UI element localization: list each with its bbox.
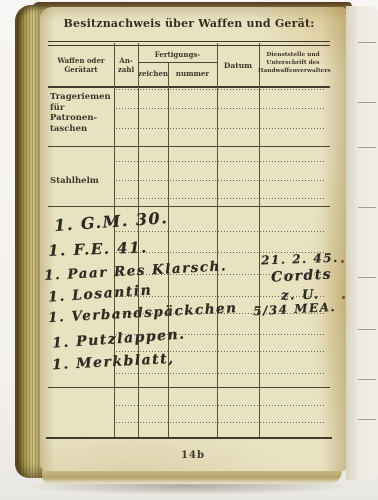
dotted-row <box>116 128 326 129</box>
dotted-row <box>116 108 326 109</box>
col-header-datum: Datum <box>217 61 259 70</box>
header-bottom-rule <box>48 86 330 88</box>
facing-page-line <box>358 379 376 380</box>
dotted-row <box>116 89 326 90</box>
dotted-row <box>116 373 326 374</box>
facing-page-line <box>358 277 376 278</box>
hw-entry-5: 1. Verbandspäckchen <box>48 300 238 326</box>
section-rule-1 <box>48 146 330 147</box>
hw-entry-4: 1. Losantin <box>48 282 153 305</box>
paper-speck <box>341 260 344 263</box>
column-rule <box>168 62 169 437</box>
hw-entry-6: 1. Putzlappen. <box>52 326 186 351</box>
col-header-fertigungs: Fertigungs- <box>138 50 217 59</box>
dotted-row <box>116 198 326 199</box>
book-page-edges-bottom <box>42 469 342 484</box>
facing-page-line <box>358 42 376 43</box>
col-header-waffen: Waffen oder Gerätart <box>48 56 114 74</box>
page-title: Besitznachweis über Waffen und Gerät: <box>48 17 330 30</box>
soldbuch-page: Besitznachweis über Waffen und Gerät: Wa… <box>40 7 346 471</box>
column-rule <box>217 43 218 437</box>
column-rule <box>259 43 260 437</box>
col-header-dienststelle: Dienststelle und Unterschrift des Handwa… <box>258 51 328 75</box>
fertigungs-underline <box>138 62 217 63</box>
section-rule-3 <box>48 387 330 388</box>
facing-page-line <box>358 329 376 330</box>
facing-page-line <box>358 147 376 148</box>
facing-page <box>346 6 378 480</box>
facing-page-line <box>358 102 376 103</box>
row-label-trageriemen: Trageriemen für Patronen- taschen <box>50 92 112 134</box>
page-number: 14b <box>48 450 338 461</box>
hw-signature: Cordts <box>271 266 333 285</box>
row-label-stahlhelm: Stahlhelm <box>50 176 112 187</box>
dotted-row <box>116 422 326 423</box>
paper-speck <box>342 296 345 299</box>
facing-page-line <box>358 207 376 208</box>
col-header-anzahl: An- zahl <box>114 56 138 74</box>
hw-entry-7: 1. Merkblatt, <box>52 351 175 373</box>
facing-page-line <box>358 419 376 420</box>
table-bottom-rule <box>46 437 332 439</box>
table-top-rule <box>48 41 330 46</box>
hw-entry-2: 1. F.E. 41. <box>48 238 148 259</box>
dotted-row <box>116 231 326 232</box>
hw-date: 21. 2. 45. <box>261 251 339 268</box>
section-rule-2 <box>48 206 330 207</box>
dotted-row <box>116 161 326 162</box>
hw-entry-3: 1. Paar Res Klarsch. <box>44 258 228 284</box>
col-header-nummer: nummer <box>168 69 217 78</box>
hw-unit: 5/34 MEA. <box>253 300 337 318</box>
dotted-row <box>116 405 326 406</box>
col-header-zeichen: zeichen <box>138 69 168 78</box>
dotted-row <box>116 180 326 181</box>
